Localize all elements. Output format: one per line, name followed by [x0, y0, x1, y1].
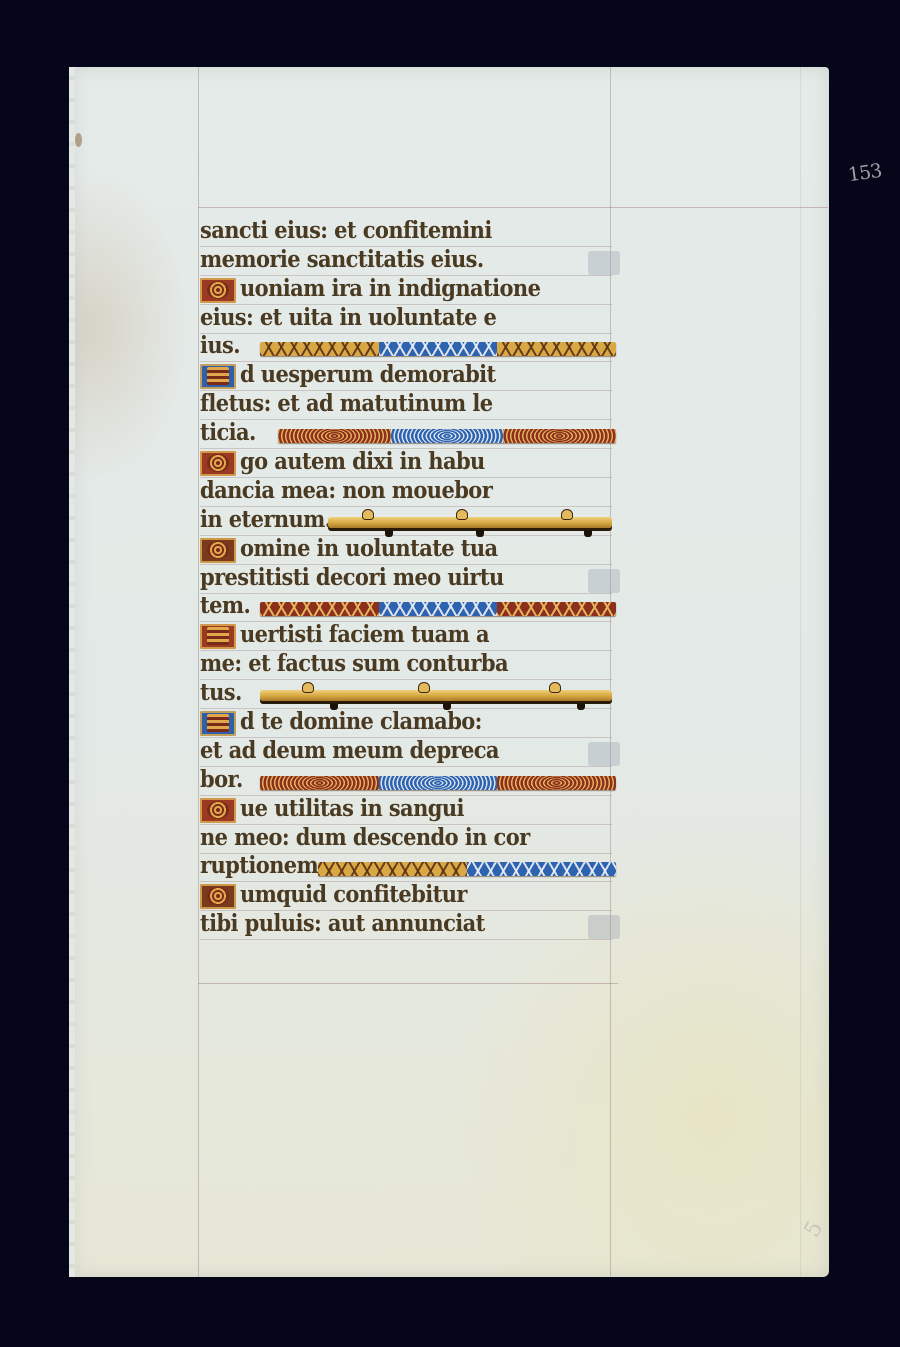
branch-knob-icon — [549, 682, 561, 693]
manuscript-line: ruptionem. — [200, 854, 612, 883]
filler-segment-red — [497, 776, 616, 790]
manuscript-line: memorie sanctitatis eius. — [200, 247, 612, 276]
folio-number: 153 — [847, 160, 883, 186]
gray-wash-stain — [588, 915, 620, 939]
gold-branch-line-filler — [260, 690, 612, 701]
filler-segment-gold — [497, 342, 616, 356]
line-text: ruptionem. — [200, 851, 325, 881]
line-text: umquid confitebitur — [240, 880, 467, 910]
illuminated-initial-e — [200, 451, 236, 476]
line-text: uoniam ira in indignatione — [240, 273, 540, 303]
manuscript-line: umquid confitebitur — [200, 882, 612, 911]
line-filler-wave — [278, 429, 616, 443]
line-text: d uesperum demorabit — [240, 360, 496, 390]
branch-knob-icon — [418, 682, 430, 693]
initial-ornament-icon — [207, 801, 229, 819]
illuminated-initial-n — [200, 884, 236, 909]
illuminated-initial-q — [200, 278, 236, 303]
filler-segment-blue — [379, 602, 498, 616]
manuscript-line: bor. — [200, 767, 612, 796]
filler-segment-red — [497, 602, 616, 616]
line-text: dancia mea: non mouebor — [200, 476, 492, 506]
line-text: d te domine clamabo: — [240, 707, 482, 737]
gray-wash-stain — [588, 251, 620, 275]
line-filler-band — [260, 342, 616, 356]
line-text: uertisti faciem tuam a — [240, 620, 489, 650]
faint-pencil-mark: 5 — [800, 1217, 829, 1242]
line-text: ue utilitas in sangui — [240, 793, 464, 823]
manuscript-line: in eternum. — [200, 507, 612, 536]
manuscript-line: d te domine clamabo: — [200, 709, 612, 738]
line-text: fletus: et ad matutinum le — [200, 389, 492, 419]
line-text: prestitisti decori meo uirtu — [200, 562, 504, 592]
manuscript-line: ius. — [200, 334, 612, 363]
ruling-top — [198, 207, 828, 208]
filler-segment-blue — [379, 776, 498, 790]
manuscript-line: sancti eius: et confitemini — [200, 218, 612, 247]
manuscript-line: fletus: et ad matutinum le — [200, 391, 612, 420]
initial-ornament-icon — [207, 714, 229, 732]
illuminated-initial-q — [200, 798, 236, 823]
line-text: tem. — [200, 591, 250, 621]
filler-segment-gold — [318, 862, 467, 876]
branch-knob-icon — [302, 682, 314, 693]
manuscript-line: me: et factus sum conturba — [200, 651, 612, 680]
ruling-outer — [800, 67, 801, 1277]
line-text: me: et factus sum conturba — [200, 649, 508, 679]
manuscript-line: ne meo: dum descendo in cor — [200, 825, 612, 854]
branch-knob-icon — [456, 509, 468, 520]
filler-segment-red — [260, 602, 379, 616]
filler-segment-blue — [467, 862, 616, 876]
line-text: go autem dixi in habu — [240, 447, 485, 477]
illuminated-initial-d — [200, 538, 236, 563]
manuscript-line: et ad deum meum depreca — [200, 738, 612, 767]
line-filler-wave — [260, 776, 616, 790]
manuscript-line: tibi puluis: aut annunciat — [200, 911, 612, 940]
ruling-left — [198, 67, 199, 1277]
gray-wash-stain — [588, 569, 620, 593]
filler-segment-blue — [379, 342, 498, 356]
edge-stain — [75, 133, 82, 147]
initial-ornament-icon — [207, 367, 229, 385]
initial-ornament-icon — [207, 887, 229, 905]
filler-segment-gold — [260, 342, 379, 356]
text-block: sancti eius: et confiteminimemorie sanct… — [200, 218, 612, 940]
ruling-bottom — [198, 983, 618, 984]
manuscript-line: tus. — [200, 680, 612, 709]
gray-wash-stain — [588, 742, 620, 766]
branch-knob-icon — [362, 509, 374, 520]
illuminated-initial-a — [200, 364, 236, 389]
initial-ornament-icon — [207, 281, 229, 299]
manuscript-line: eius: et uita in uoluntate e — [200, 305, 612, 334]
manuscript-line: go autem dixi in habu — [200, 449, 612, 478]
illuminated-initial-a — [200, 711, 236, 736]
filler-segment-blue — [391, 429, 504, 443]
manuscript-line: uoniam ira in indignatione — [200, 276, 612, 305]
line-text: memorie sanctitatis eius. — [200, 245, 484, 275]
manuscript-line: ticia. — [200, 420, 612, 449]
line-text: et ad deum meum depreca — [200, 736, 499, 766]
filler-segment-red — [503, 429, 616, 443]
initial-ornament-icon — [207, 454, 229, 472]
line-text: tus. — [200, 678, 242, 708]
manuscript-line: tem. — [200, 594, 612, 623]
manuscript-line: omine in uoluntate tua — [200, 536, 612, 565]
line-text: in eternum. — [200, 505, 332, 535]
gold-branch-line-filler — [328, 517, 612, 528]
filler-segment-red — [260, 776, 379, 790]
line-filler-band — [318, 862, 616, 876]
line-text: eius: et uita in uoluntate e — [200, 302, 496, 332]
branch-knob-icon — [561, 509, 573, 520]
line-text: tibi puluis: aut annunciat — [200, 909, 485, 939]
line-filler-band — [260, 602, 616, 616]
illuminated-initial-a — [200, 624, 236, 649]
manuscript-line: ue utilitas in sangui — [200, 796, 612, 825]
filler-segment-red — [278, 429, 391, 443]
initial-ornament-icon — [207, 627, 229, 645]
line-text: sancti eius: et confitemini — [200, 216, 492, 246]
line-text: ne meo: dum descendo in cor — [200, 822, 530, 852]
line-text: ticia. — [200, 418, 256, 448]
line-text: omine in uoluntate tua — [240, 533, 498, 563]
manuscript-line: prestitisti decori meo uirtu — [200, 565, 612, 594]
manuscript-line: dancia mea: non mouebor — [200, 478, 612, 507]
manuscript-line: d uesperum demorabit — [200, 362, 612, 391]
initial-ornament-icon — [207, 541, 229, 559]
manuscript-line: uertisti faciem tuam a — [200, 622, 612, 651]
line-text: ius. — [200, 331, 240, 361]
line-text: bor. — [200, 765, 243, 795]
